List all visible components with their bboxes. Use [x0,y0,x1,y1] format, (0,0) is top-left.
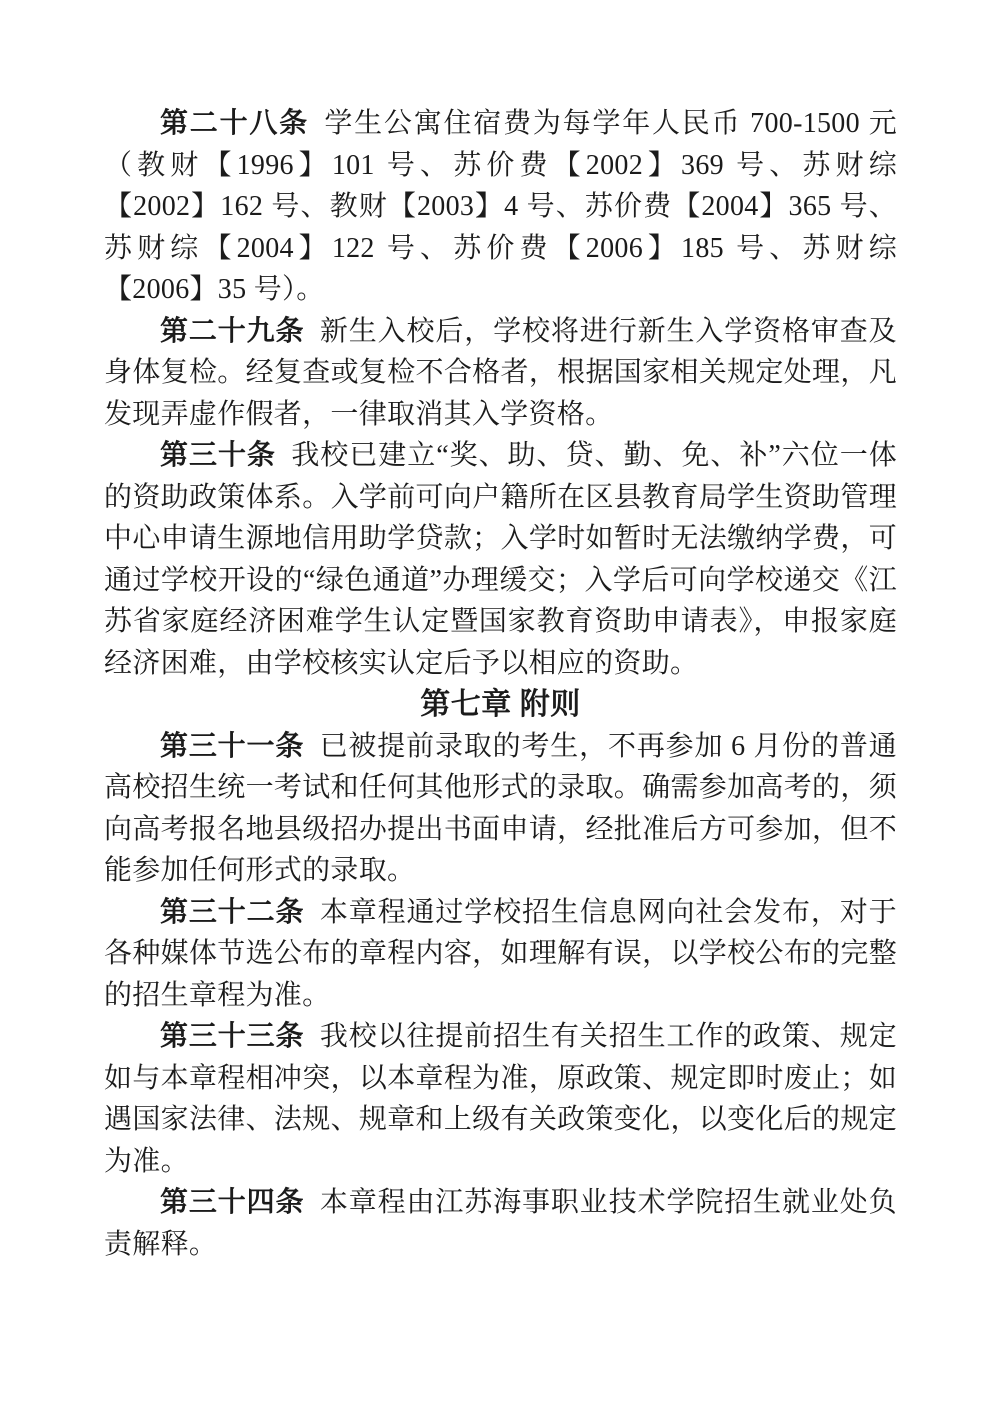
article-34-paragraph: 第三十四条本章程由江苏海事职业技术学院招生就业处负责解释。 [104,1182,897,1265]
article-28-number: 第二十八条 [160,108,309,139]
article-30-text: 我校已建立“奖、助、贷、勤、免、补”六位一体的资助政策体系。入学前可向户籍所在区… [104,440,897,679]
article-30-number: 第三十条 [160,440,276,471]
article-32-paragraph: 第三十二条本章程通过学校招生信息网向社会发布，对于各种媒体节选公布的章程内容，如… [104,892,897,1017]
article-34-number: 第三十四条 [160,1187,304,1218]
article-30-paragraph: 第三十条我校已建立“奖、助、贷、勤、免、补”六位一体的资助政策体系。入学前可向户… [104,435,897,684]
article-31-paragraph: 第三十一条已被提前录取的考生，不再参加 6 月份的普通高校招生统一考试和任何其他… [104,726,897,892]
article-33-paragraph: 第三十三条我校以往提前招生有关招生工作的政策、规定如与本章程相冲突，以本章程为准… [104,1016,897,1182]
chapter-7-heading: 第七章 附则 [104,684,897,726]
article-32-number: 第三十二条 [160,897,304,928]
article-33-number: 第三十三条 [160,1021,304,1052]
article-28-paragraph: 第二十八条学生公寓住宿费为每学年人民币 700-1500 元（教财【1996】1… [104,103,897,311]
document-page: 第二十八条学生公寓住宿费为每学年人民币 700-1500 元（教财【1996】1… [0,0,997,1414]
article-29-number: 第二十九条 [160,316,304,347]
article-29-paragraph: 第二十九条新生入校后，学校将进行新生入学资格审查及身体复检。经复查或复检不合格者… [104,311,897,436]
article-31-number: 第三十一条 [160,731,304,762]
